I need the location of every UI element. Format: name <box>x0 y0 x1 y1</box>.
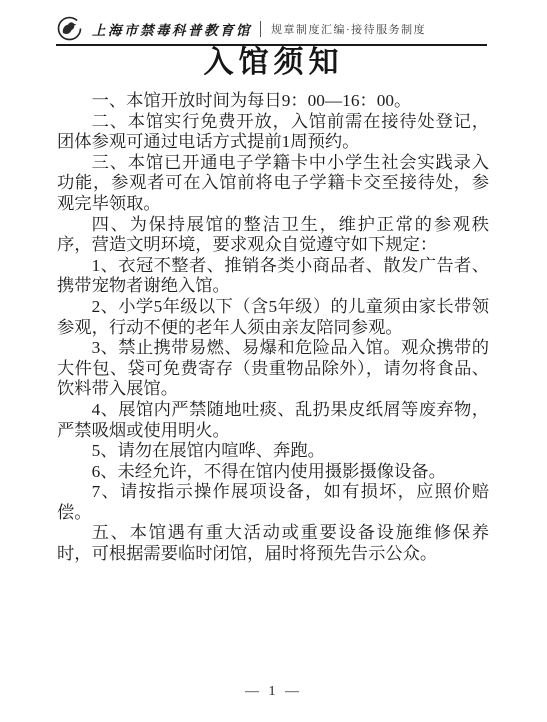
header-section-title: 规章制度汇编·接待服务制度 <box>271 21 426 37</box>
rule-item-3: 3、禁止携带易燃、易爆和危险品入馆。观众携带的大件包、袋可免费寄存（贵重物品除外… <box>57 338 489 400</box>
rule-item-6: 6、未经允许，不得在馆内使用摄影摄像设备。 <box>57 462 489 483</box>
page-number: — 1 — <box>245 684 302 699</box>
rule-item-4: 4、展馆内严禁随地吐痰、乱扔果皮纸屑等废弃物，严禁吸烟或使用明火。 <box>57 400 489 441</box>
paragraph-rules-intro: 四、为保持展馆的整洁卫生，维护正常的参观秩序，营造文明环境，要求观众自觉遵守如下… <box>57 215 489 256</box>
organization-name: 上海市禁毒科普教育馆 <box>92 19 252 39</box>
page-header: 上海市禁毒科普教育馆 规章制度汇编·接待服务制度 <box>56 14 487 46</box>
rule-item-1: 1、衣冠不整者、推销各类小商品者、散发广告者、携带宠物者谢绝入馆。 <box>57 256 489 297</box>
page-title: 入馆须知 <box>0 47 547 79</box>
header-row: 上海市禁毒科普教育馆 规章制度汇编·接待服务制度 <box>56 14 487 43</box>
dove-museum-logo-icon <box>56 15 83 42</box>
header-divider <box>260 21 261 37</box>
page-footer: — 1 — <box>0 684 547 700</box>
paragraph-opening-hours: 一、本馆开放时间为每日9：00—16：00。 <box>57 91 489 112</box>
header-rule <box>56 44 487 46</box>
document-page: 上海市禁毒科普教育馆 规章制度汇编·接待服务制度 入馆须知 一、本馆开放时间为每… <box>0 0 547 722</box>
rule-item-2: 2、小学5年级以下（含5年级）的儿童须由家长带领参观，行动不便的老年人须由亲友陪… <box>57 297 489 338</box>
paragraph-student-card: 三、本馆已开通电子学籍卡中小学生社会实践录入功能，参观者可在入馆前将电子学籍卡交… <box>57 153 489 215</box>
rule-item-7: 7、请按指示操作展项设备，如有损坏，应照价赔偿。 <box>57 482 489 523</box>
paragraph-temporary-closure: 五、本馆遇有重大活动或重要设备设施维修保养时，可根据需要临时闭馆，届时将预先告示… <box>57 523 489 564</box>
document-body: 一、本馆开放时间为每日9：00—16：00。 二、本馆实行免费开放，入馆前需在接… <box>0 91 547 565</box>
paragraph-free-admission: 二、本馆实行免费开放，入馆前需在接待处登记，团体参观可通过电话方式提前1周预约。 <box>57 112 489 153</box>
rule-item-5: 5、请勿在展馆内喧哗、奔跑。 <box>57 441 489 462</box>
